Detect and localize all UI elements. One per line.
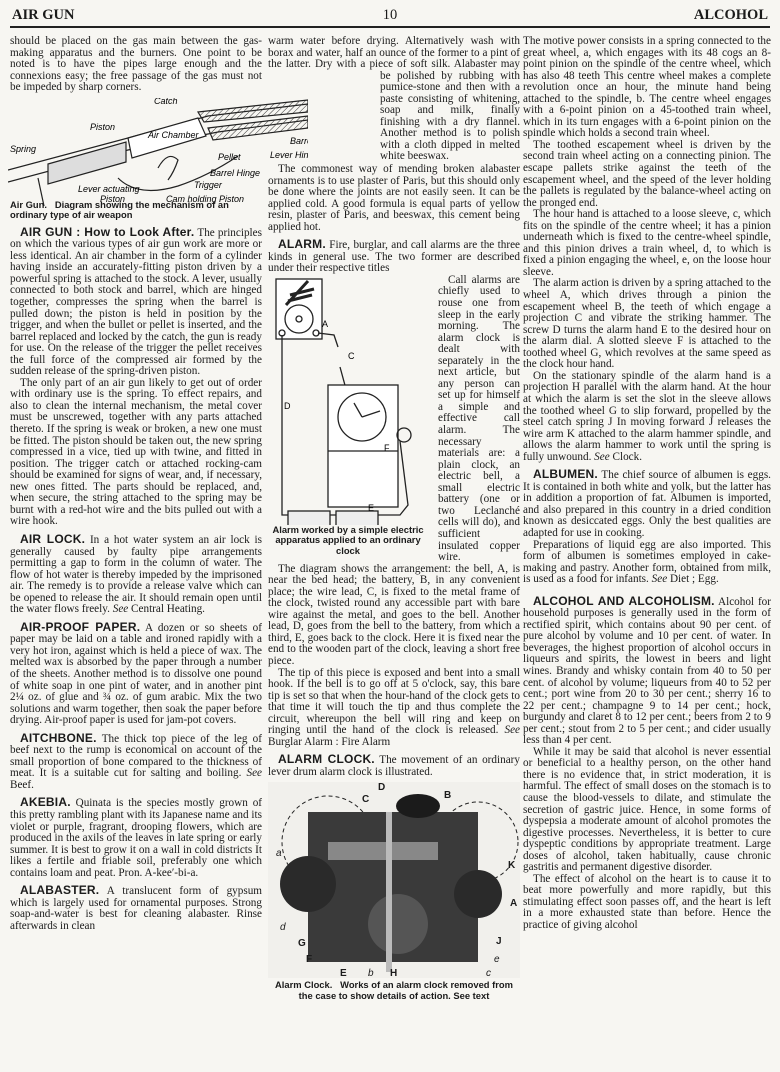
alarm-clock-paragraph-1: The motive power consists in a spring co… [523, 36, 771, 140]
alarm-clock-paragraph-5: On the stationary spindle of the alarm h… [523, 371, 771, 463]
see-word: See [113, 603, 129, 615]
label-k: K [508, 860, 515, 871]
column-1: should be placed on the gas main between… [10, 36, 262, 1072]
label-a-lower: a [276, 848, 282, 859]
electric-alarm-illustration: A C D F E [268, 275, 428, 525]
alcohol-paragraph-2: While it may be said that alcohol is nev… [523, 747, 771, 874]
label-bell-a: A [322, 319, 328, 329]
label-f: F [306, 954, 312, 965]
figure-spacer [10, 94, 262, 198]
label-f: F [384, 443, 390, 453]
alarm-paragraph-3: The diagram shows the arrangement: the b… [268, 564, 520, 668]
page-number: 10 [10, 7, 770, 24]
cross-reference-beef[interactable]: Beef. [10, 779, 34, 791]
alcohol-paragraph-3: The effect of alcohol on the heart is to… [523, 874, 771, 932]
cross-reference-diet-egg[interactable]: Diet ; Egg. [670, 573, 719, 585]
label-g: G [298, 938, 306, 949]
label-e-lower: e [494, 954, 500, 965]
label-wire-d: D [284, 401, 291, 411]
alarm-clock-paragraph-4: The alarm action is driven by a spring a… [523, 278, 771, 370]
alarm-clock-paragraph-2: The toothed escapement wheel is driven b… [523, 140, 771, 209]
albumen-paragraph-2: Preparations of liquid egg are also impo… [523, 539, 771, 586]
header-right-guideword: ALCOHOL [694, 7, 768, 24]
alabaster-paragraph-2: The commonest way of mending broken alab… [268, 164, 520, 233]
alarm-clock-paragraph-5-text: On the stationary spindle of the alarm h… [523, 370, 771, 463]
label-j: J [496, 936, 502, 947]
entry-aitchbone: AITCHBONE. The thick top piece of the le… [10, 733, 262, 792]
label-b-lower: b [368, 968, 374, 979]
label-a-upper: A [510, 898, 517, 909]
air-proof-paper-text: A dozen or so sheets of paper may be lai… [10, 622, 262, 726]
alarm-clock-works-photo: D C B a K A d J G F e c E b H [268, 782, 520, 978]
alarm-clock-paragraph-3: The hour hand is attached to a loose sle… [523, 209, 771, 278]
alarm-paragraph-4-text: The tip of this piece is exposed and ben… [268, 667, 520, 737]
label-h: H [390, 968, 397, 979]
entry-air-gun: AIR GUN : How to Look After. The princip… [10, 227, 262, 528]
column-2: warm water before drying. Alternatively … [268, 36, 520, 1072]
label-d: D [378, 782, 385, 793]
heading-air-proof-paper: AIR-PROOF PAPER. [20, 620, 140, 634]
heading-alarm: ALARM. [278, 237, 326, 251]
alarm-electric-diagram: A C D F E Alarm worked by a simple elect… [268, 275, 430, 557]
cross-reference-central-heating[interactable]: Central Heating. [131, 603, 205, 615]
label-wire-e: E [368, 503, 374, 513]
heading-alarm-clock: ALARM CLOCK. [278, 752, 375, 766]
alarm-clock-mechanism-illustration [268, 782, 520, 978]
air-gun-figure-float [268, 82, 380, 164]
running-header: AIR GUN 10 ALCOHOL [10, 4, 770, 28]
label-c-upper: C [362, 794, 369, 805]
alarm-paragraph-4: The tip of this piece is exposed and ben… [268, 668, 520, 749]
heading-akebia: AKEBIA. [20, 795, 71, 809]
gas-main-continuation: should be placed on the gas main between… [10, 36, 262, 94]
column-3: The motive power consists in a spring co… [523, 36, 771, 1072]
label-c-lower: c [486, 968, 491, 979]
label-d-lower: d [280, 922, 286, 933]
entry-akebia: AKEBIA. Quinata is the species mostly gr… [10, 797, 262, 879]
label-wire-c: C [348, 351, 355, 361]
cross-reference-clock[interactable]: Clock. [613, 451, 643, 463]
air-gun-paragraph-1: The principles on which the various type… [10, 227, 262, 378]
alarm-clock-caption-title: Alarm Clock. [275, 979, 332, 990]
heading-alcohol-and-alcoholism: ALCOHOL AND ALCOHOLISM. [533, 594, 715, 608]
heading-air-gun: AIR GUN : How to Look After. [20, 225, 194, 239]
heading-albumen: ALBUMEN. [533, 467, 598, 481]
entry-alcohol: ALCOHOL AND ALCOHOLISM. Alcohol for hous… [523, 596, 771, 932]
see-word: See [246, 767, 262, 779]
entry-alarm: ALARM. Fire, burglar, and call alarms ar… [268, 239, 520, 748]
entry-alarm-clock: ALARM CLOCK. The movement of an ordinary… [268, 754, 520, 1001]
air-gun-caption: Air Gun. Diagram showing the mechanism o… [10, 200, 262, 221]
see-word: See [652, 573, 668, 585]
see-word: See [594, 451, 610, 463]
cross-reference-burglar-fire-alarm[interactable]: Burglar Alarm : Fire Alarm [268, 736, 390, 748]
heading-aitchbone: AITCHBONE. [20, 731, 97, 745]
entry-air-lock: AIR LOCK. In a hot water system an air l… [10, 534, 262, 616]
air-gun-paragraph-2: The only part of an air gun likely to ge… [10, 378, 262, 528]
air-gun-caption-title: Air Gun. [10, 199, 47, 210]
alarm-clock-caption: Alarm Clock. Works of an alarm clock rem… [268, 980, 520, 1001]
entry-alabaster: ALABASTER. A translucent form of gypsum … [10, 885, 262, 932]
alarm-diagram-caption: Alarm worked by a simple electric appara… [268, 525, 428, 557]
entry-albumen: ALBUMEN. The chief source of albumen is … [523, 469, 771, 585]
heading-alabaster: ALABASTER. [20, 883, 99, 897]
alcohol-paragraph-1: Alcohol for household purposes is genera… [523, 596, 771, 747]
akebia-text: Quinata is the species mostly grown of t… [10, 797, 262, 878]
label-e: E [340, 968, 347, 979]
entry-air-proof-paper: AIR-PROOF PAPER. A dozen or so sheets of… [10, 622, 262, 727]
label-b-upper: B [444, 790, 451, 801]
heading-air-lock: AIR LOCK. [20, 532, 85, 546]
see-word: See [504, 724, 520, 736]
